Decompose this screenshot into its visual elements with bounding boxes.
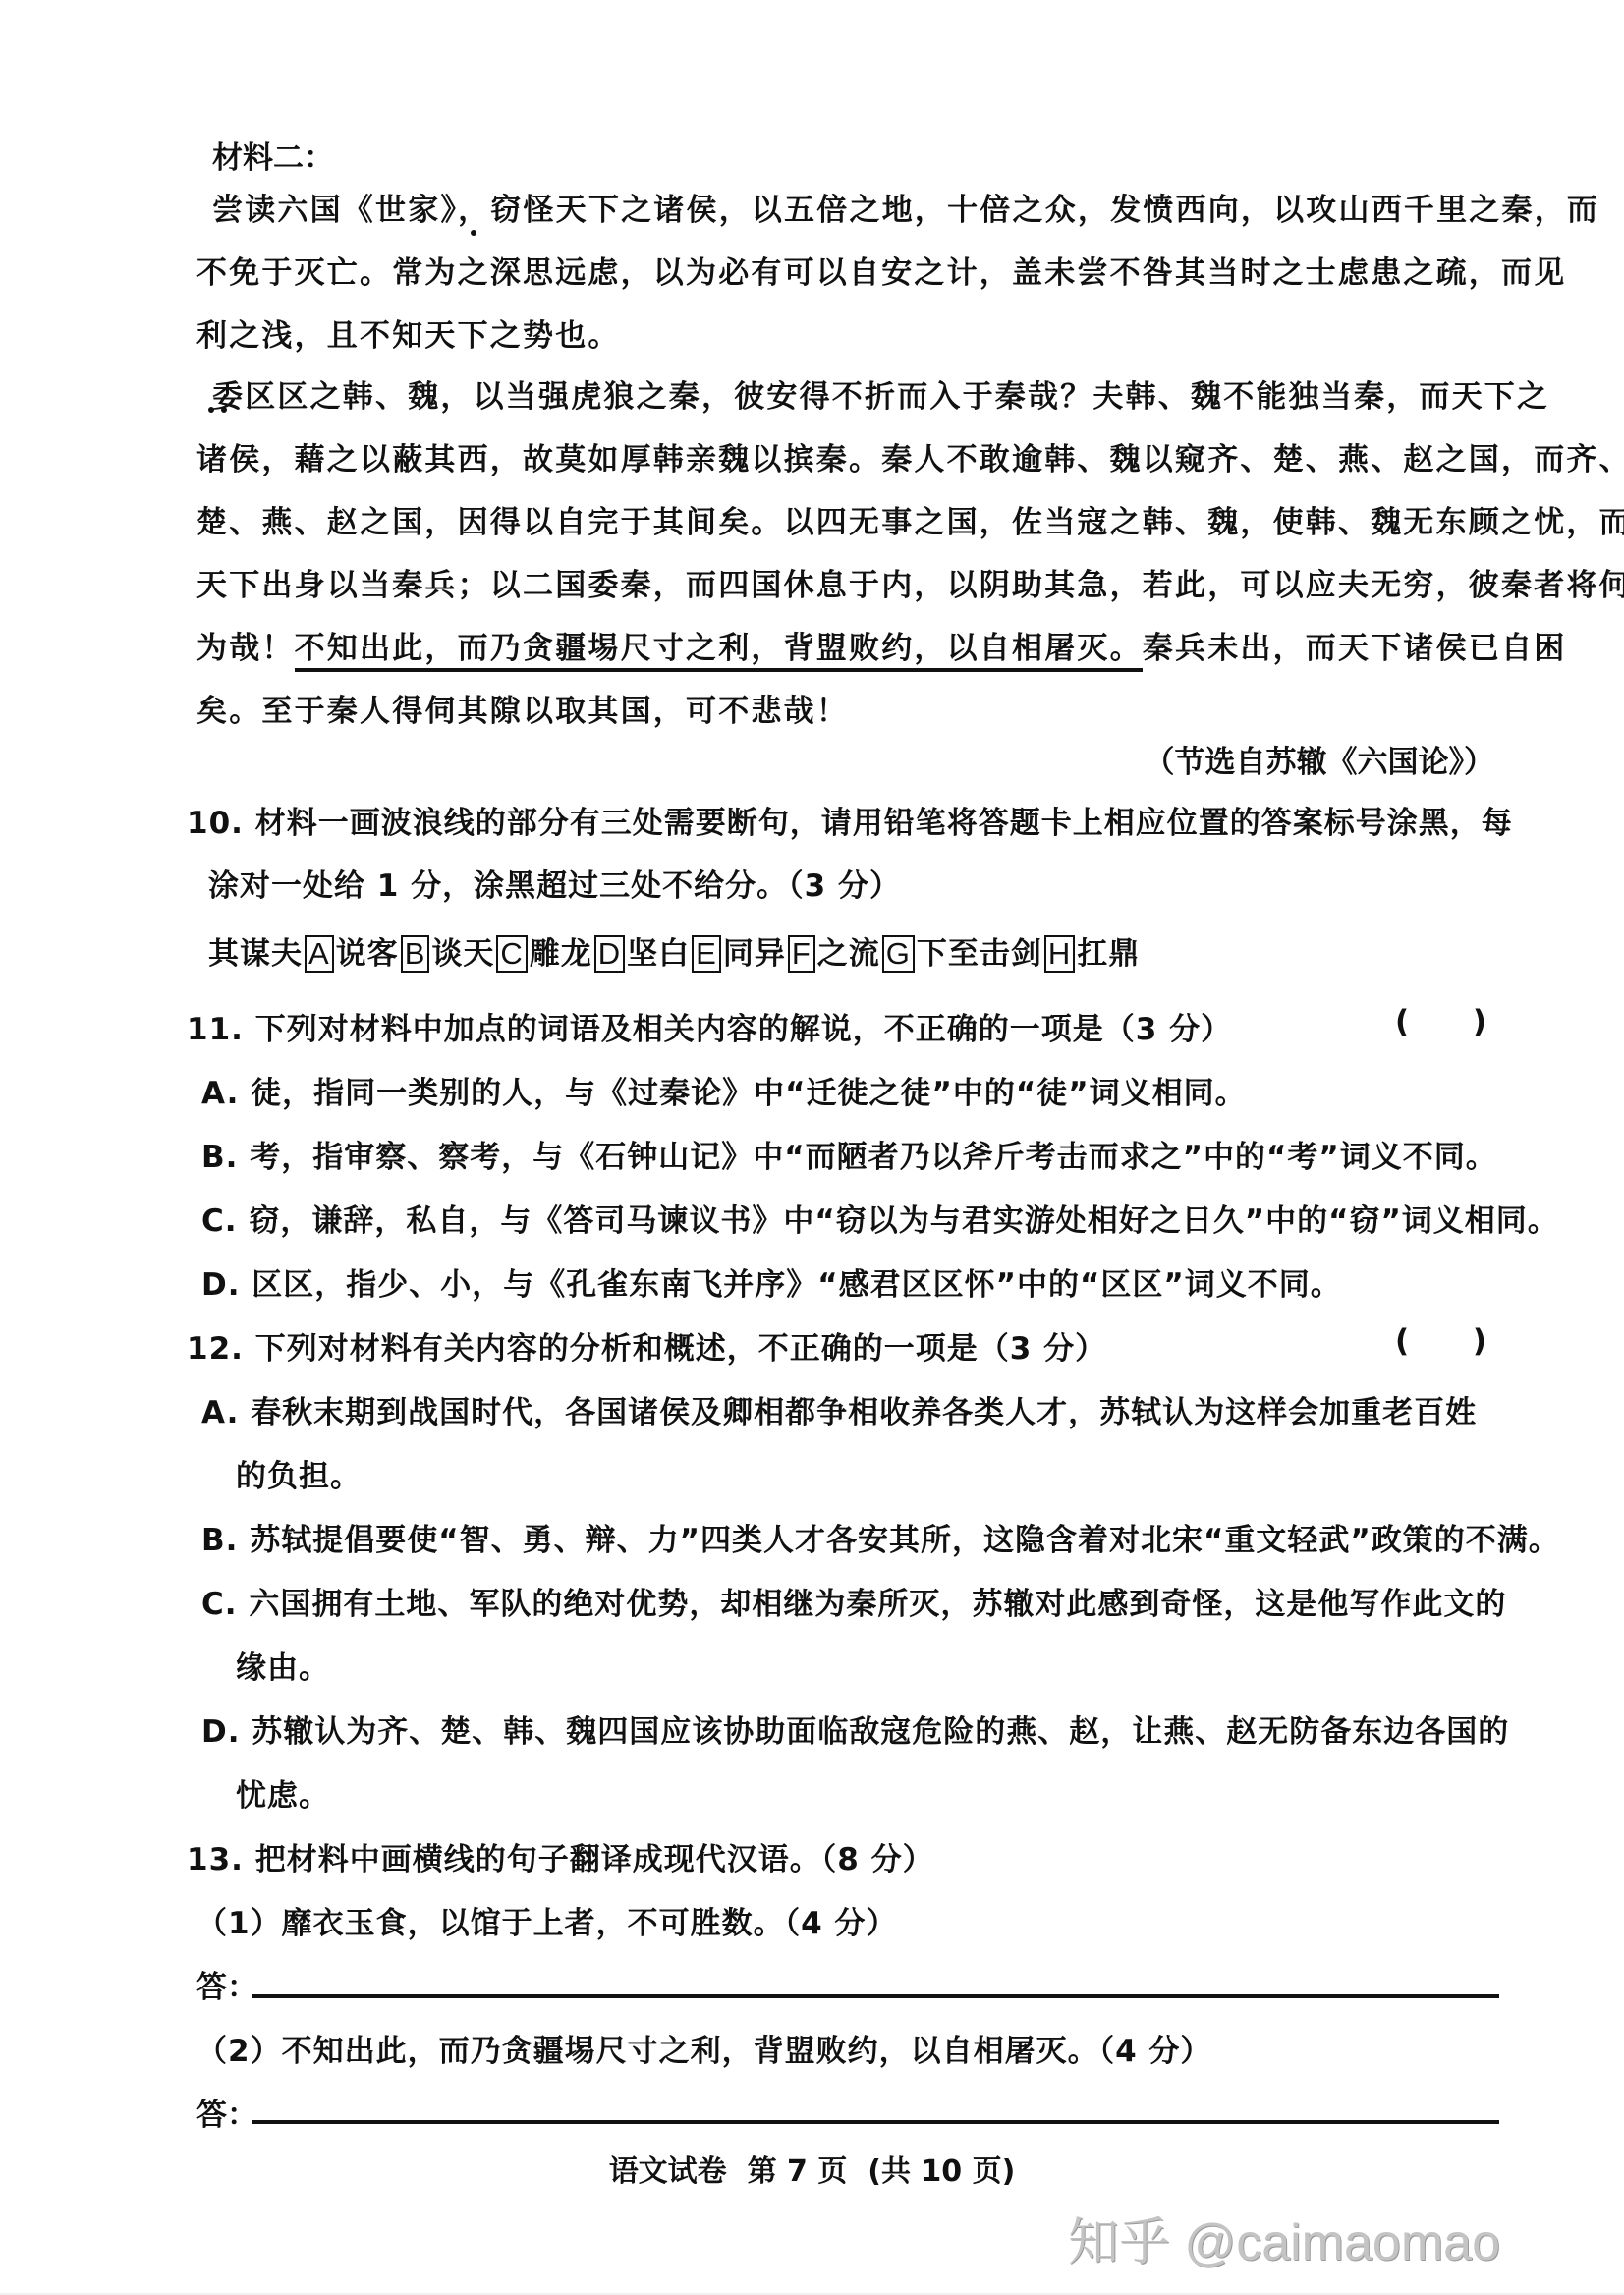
question-12-option-d: D. 苏辙认为齐、楚、韩、魏四国应该协助面临敌寇危险的燕、赵，让燕、赵无防备东边… bbox=[201, 1707, 1509, 1751]
question-12-option-b: B. 苏轼提倡要使“智、勇、辩、力”四类人才各安其所，这隐含着对北宋“重文轻武”… bbox=[201, 1515, 1560, 1559]
answer-line-1[interactable] bbox=[252, 1994, 1499, 1998]
passage-text: 尝读六国《世家》，窃怪天下之诸侯，以五倍之地，十倍之众，发愤西向，以攻山西千里之… bbox=[212, 193, 1599, 228]
segment-text: 其谋夫 bbox=[208, 936, 303, 972]
answer-label-2: 答： bbox=[196, 2090, 257, 2134]
break-option-a[interactable]: A bbox=[305, 935, 334, 973]
emphasis-dot-icon bbox=[471, 230, 476, 236]
answer-line-2[interactable] bbox=[252, 2120, 1499, 2124]
question-12-option-c: C. 六国拥有土地、军队的绝对优势，却相继为秦所灭，苏辙对此感到奇怪，这是他写作… bbox=[201, 1579, 1506, 1623]
question-11-option-c: C. 窃，谦辞，私自，与《答司马谏议书》中“窃以为与君实游处相好之日久”中的“窃… bbox=[201, 1196, 1559, 1240]
question-10-segments: 其谋夫A说客B谈天C雕龙D坚白E同异F之流G下至击剑H扛鼎 bbox=[208, 928, 1140, 973]
segment-text: 说客 bbox=[336, 936, 399, 972]
passage-line: 矣。至于秦人得伺其隙以取其国，可不悲哉！ bbox=[196, 686, 849, 730]
segment-text: 谈天 bbox=[431, 936, 494, 972]
question-11-option-b: B. 考，指审察、察考，与《石钟山记》中“而陋者乃以斧斤考击而求之”中的“考”词… bbox=[201, 1132, 1497, 1176]
question-11-option-a: A. 徒，指同一类别的人，与《过秦论》中“迁徙之徒”中的“徒”词义相同。 bbox=[201, 1068, 1247, 1112]
segment-text: 坚白 bbox=[627, 936, 690, 972]
break-option-e[interactable]: E bbox=[692, 935, 721, 973]
watermark: 知乎 @caimaomao bbox=[1068, 2201, 1500, 2274]
question-12-option-c-cont: 缘由。 bbox=[236, 1643, 330, 1687]
answer-label-1: 答： bbox=[196, 1962, 257, 2006]
passage-line: 楚、燕、赵之国，因得以自完于其间矣。以四无事之国，佐当寇之韩、魏，使韩、魏无东顾… bbox=[196, 497, 1624, 541]
question-12-option-a-cont: 的负担。 bbox=[236, 1451, 362, 1495]
segment-text: 之流 bbox=[817, 936, 880, 972]
break-option-h[interactable]: H bbox=[1044, 935, 1075, 973]
passage-line: 不免于灭亡。常为之深思远虑，以为必有可以自安之计，盖未尝不咎其当时之士虑患之疏，… bbox=[196, 248, 1566, 292]
passage-text: 为哉！ bbox=[196, 631, 295, 666]
answer-bracket-11[interactable]: ( ) bbox=[1395, 1004, 1486, 1039]
segment-text: 同异 bbox=[723, 936, 786, 972]
question-13-part-2: （2）不知出此，而乃贪疆埸尺寸之利，背盟败约，以自相屠灭。（4 分） bbox=[196, 2026, 1211, 2070]
break-option-c[interactable]: C bbox=[496, 935, 527, 973]
question-11-stem: 11. 下列对材料中加点的词语及相关内容的解说，不正确的一项是（3 分） bbox=[187, 1004, 1232, 1048]
passage-line: 天下出身以当秦兵；以二国委秦，而四国休息于内，以阴助其急，若此，可以应夫无穷，彼… bbox=[196, 560, 1624, 604]
passage-line: 为哉！不知出此，而乃贪疆埸尺寸之利，背盟败约，以自相屠灭。秦兵未出，而天下诸侯已… bbox=[196, 623, 1566, 667]
break-option-b[interactable]: B bbox=[401, 935, 430, 973]
segment-text: 扛鼎 bbox=[1077, 936, 1140, 972]
segment-text: 下至击剑 bbox=[917, 936, 1042, 972]
question-10-stem-cont: 涂对一处给 1 分，涂黑超过三处不给分。（3 分） bbox=[208, 861, 901, 905]
question-12-stem: 12. 下列对材料有关内容的分析和概述，不正确的一项是（3 分） bbox=[187, 1323, 1106, 1368]
answer-bracket-12[interactable]: ( ) bbox=[1395, 1323, 1486, 1359]
question-12-option-a: A. 春秋末期到战国时代，各国诸侯及卿相都争相收养各类人才，苏轼认为这样会加重老… bbox=[201, 1387, 1477, 1431]
passage-line: 利之浅，且不知天下之势也。 bbox=[196, 310, 621, 355]
source-citation: （节选自苏辙《六国论》） bbox=[1145, 737, 1495, 781]
passage-line: 诸侯，藉之以蔽其西，故莫如厚韩亲魏以摈秦。秦人不敢逾韩、魏以窥齐、楚、燕、赵之国… bbox=[196, 434, 1624, 478]
passage-line: 委区区之韩、魏，以当强虎狼之秦，彼安得不折而入于秦哉？夫韩、魏不能独当秦，而天下… bbox=[212, 371, 1549, 416]
question-11-option-d: D. 区区，指少、小，与《孔雀东南飞并序》“感君区区怀”中的“区区”词义不同。 bbox=[201, 1259, 1342, 1304]
passage-text: 秦兵未出，而天下诸侯已自困 bbox=[1143, 631, 1567, 666]
underlined-sentence: 不知出此，而乃贪疆埸尺寸之利，背盟败约，以自相屠灭。 bbox=[295, 631, 1143, 672]
break-option-g[interactable]: G bbox=[882, 935, 915, 973]
question-13-part-1: （1）靡衣玉食，以馆于上者，不可胜数。（4 分） bbox=[196, 1898, 897, 1942]
exam-page: 材料二： 尝读六国《世家》，窃怪天下之诸侯，以五倍之地，十倍之众，发愤西向，以攻… bbox=[0, 0, 1624, 2295]
question-13-stem: 13. 把材料中画横线的句子翻译成现代汉语。（8 分） bbox=[187, 1834, 934, 1878]
break-option-d[interactable]: D bbox=[594, 935, 625, 973]
question-12-option-d-cont: 忧虑。 bbox=[236, 1770, 330, 1815]
material-heading: 材料二： bbox=[212, 133, 334, 177]
question-10-stem: 10. 材料一画波浪线的部分有三处需要断句，请用铅笔将答题卡上相应位置的答案标号… bbox=[187, 798, 1513, 842]
passage-line: 尝读六国《世家》，窃怪天下之诸侯，以五倍之地，十倍之众，发愤西向，以攻山西千里之… bbox=[212, 185, 1599, 229]
break-option-f[interactable]: F bbox=[788, 935, 815, 973]
page-footer: 语文试卷 第 7 页 (共 10 页) bbox=[0, 2147, 1624, 2190]
segment-text: 雕龙 bbox=[530, 936, 592, 972]
